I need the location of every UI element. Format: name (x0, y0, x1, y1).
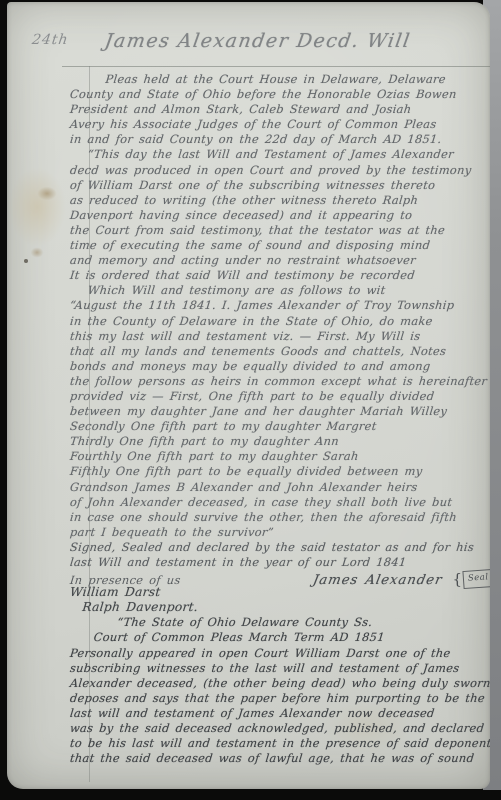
court-record-line: Davenport having since deceased) and it … (69, 208, 490, 223)
probate-line: “The State of Ohio Delaware County Ss. (69, 615, 490, 630)
will-text-line: bonds and moneys may be equally divided … (69, 359, 490, 374)
ink-speck (24, 259, 28, 263)
court-record-line: decd was produced in open Court and prov… (69, 163, 490, 178)
will-text-line: the follow persons as heirs in common ex… (69, 374, 490, 389)
witnesses-section: William Darst Ralph Davenport. (70, 585, 490, 615)
probate-line: Alexander deceased, (the other being dea… (69, 676, 490, 691)
will-text-line: Secondly One fifth part to my daughter M… (69, 419, 490, 434)
probate-line: subscribing witnesses to the last will a… (69, 661, 490, 676)
will-text-section: “August the 11th 1841. I. James Alexande… (70, 298, 490, 540)
header-rule-line (62, 66, 490, 67)
probate-line: deposes and says that the paper before h… (69, 691, 490, 706)
probate-line: to be his last will and testament in the… (69, 736, 490, 751)
will-text-line: provided viz — First, One fifth part to … (69, 389, 490, 404)
attestation-line: last Will and testament in the year of o… (69, 555, 490, 570)
probate-line: Personally appeared in open Court Willia… (69, 646, 490, 661)
court-record-line: Avery his Associate Judges of the Court … (69, 117, 490, 132)
will-text-line: that all my lands and tenements Goods an… (69, 344, 490, 359)
witness-signature: William Darst (69, 585, 490, 600)
document-title: James Alexander Decd. Will (103, 30, 412, 52)
court-record-line: President and Almon Stark, Caleb Steward… (69, 102, 490, 117)
will-text-line: between my daughter Jane and her daughte… (69, 404, 490, 419)
court-record-line: “This day the last Will and Testament of… (69, 147, 490, 162)
document-photo: 24th James Alexander Decd. Will Pleas he… (0, 0, 501, 800)
court-record-line: It is ordered that said Will and testimo… (69, 268, 490, 283)
will-text-line: in the County of Delaware in the State o… (69, 314, 490, 329)
document-body: Pleas held at the Court House in Delawar… (70, 72, 490, 766)
court-record-line: as reduced to writing (the other witness… (69, 193, 490, 208)
court-record-line: Pleas held at the Court House in Delawar… (69, 72, 490, 87)
court-record-line: and memory and acting under no restraint… (69, 253, 490, 268)
will-text-line: “August the 11th 1841. I. James Alexande… (69, 298, 490, 313)
execution-row: In presence of us James Alexander { Seal (70, 570, 490, 585)
paper-stain (35, 185, 59, 202)
probate-line: was by the said deceased acknowledged, p… (69, 721, 490, 736)
attestation-section: Signed, Sealed and declared by the said … (70, 540, 490, 570)
will-text-line: Grandson James B Alexander and John Alex… (69, 480, 490, 495)
probate-line: last will and testament of James Alexand… (69, 706, 490, 721)
will-text-line: of John Alexander deceased, in case they… (69, 495, 490, 510)
court-record-line: County and State of Ohio before the Hono… (69, 87, 490, 102)
will-text-line: part I bequeath to the survivor” (69, 525, 490, 540)
probate-line: that the said deceased was of lawful age… (69, 751, 490, 766)
court-record-line: in and for said County on the 22d day of… (69, 132, 490, 147)
court-record-section: Pleas held at the Court House in Delawar… (70, 72, 490, 298)
witness-signature: Ralph Davenport. (69, 600, 490, 615)
court-record-line: Which Will and testimony are as follows … (69, 283, 490, 298)
ledger-page: 24th James Alexander Decd. Will Pleas he… (7, 2, 490, 789)
will-text-line: Fifthly One fifth part to be equally div… (69, 464, 490, 479)
paper-stain (7, 152, 77, 262)
probate-section: “The State of Ohio Delaware County Ss. C… (70, 615, 490, 766)
will-text-line: Thirdly One fifth part to my daughter An… (69, 434, 490, 449)
will-text-line: in case one should survive the other, th… (69, 510, 490, 525)
attestation-line: Signed, Sealed and declared by the said … (69, 540, 490, 555)
paper-stain (29, 246, 45, 259)
probate-line: Court of Common Pleas March Term AD 1851 (69, 630, 490, 645)
court-record-line: the Court from said testimony, that the … (69, 223, 490, 238)
entry-number: 24th (31, 32, 70, 48)
court-record-line: of William Darst one of the subscribing … (69, 178, 490, 193)
will-text-line: this my last will and testament viz. — F… (69, 329, 490, 344)
court-record-line: time of executing the same of sound and … (69, 238, 490, 253)
will-text-line: Fourthly One fifth part to my daughter S… (69, 449, 490, 464)
